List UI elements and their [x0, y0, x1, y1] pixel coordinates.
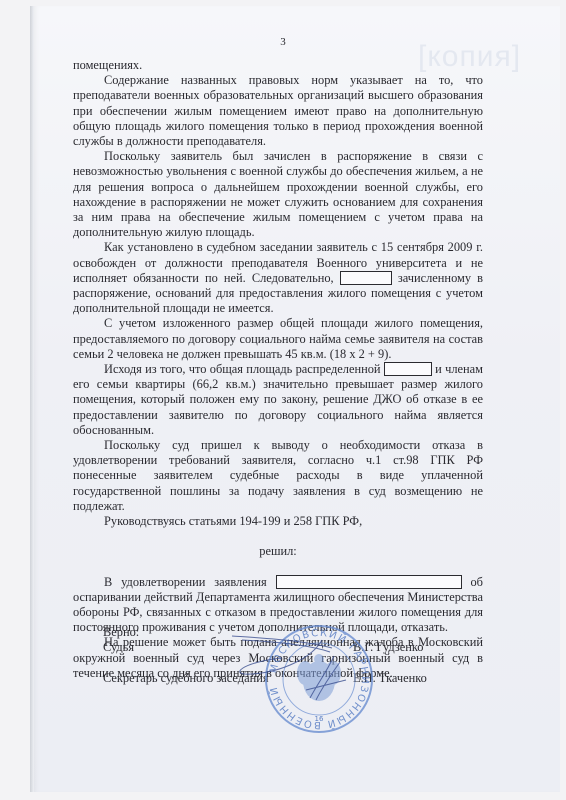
- redacted-applicant-box: [276, 575, 462, 589]
- paragraph-continuation: помещениях.: [73, 58, 483, 73]
- paragraph-reserve-status: Поскольку заявитель был зачислен в распо…: [73, 149, 483, 240]
- page-number: 3: [0, 36, 566, 48]
- judge-label: Судья: [103, 640, 134, 655]
- page-binding-edge: [30, 6, 34, 792]
- certified-label: Верно:: [103, 625, 139, 640]
- paragraph-established-facts: Как установлено в судебном заседании зая…: [73, 240, 483, 316]
- paragraph-legal-basis: Руководствуясь статьями 194-199 и 258 ГП…: [73, 514, 483, 529]
- document-body: помещениях. Содержание названных правовы…: [73, 58, 483, 681]
- redacted-name-box: [384, 362, 432, 376]
- paragraph-legal-norms: Содержание названных правовых норм указы…: [73, 73, 483, 149]
- text-segment: В удовлетворении заявления: [104, 575, 267, 589]
- paragraph-court-costs: Поскольку суд пришел к выводу о необходи…: [73, 438, 483, 514]
- decision-heading: решил:: [73, 544, 483, 559]
- paragraph-apartment-area: Исходя из того, что общая площадь распре…: [73, 362, 483, 438]
- svg-text:16: 16: [315, 715, 324, 723]
- text-segment: Исходя из того, что общая площадь распре…: [104, 362, 381, 376]
- paragraph-area-norm: С учетом изложенного размер общей площад…: [73, 316, 483, 362]
- handwritten-signature-icon: [222, 628, 352, 708]
- redacted-name-box: [340, 271, 392, 285]
